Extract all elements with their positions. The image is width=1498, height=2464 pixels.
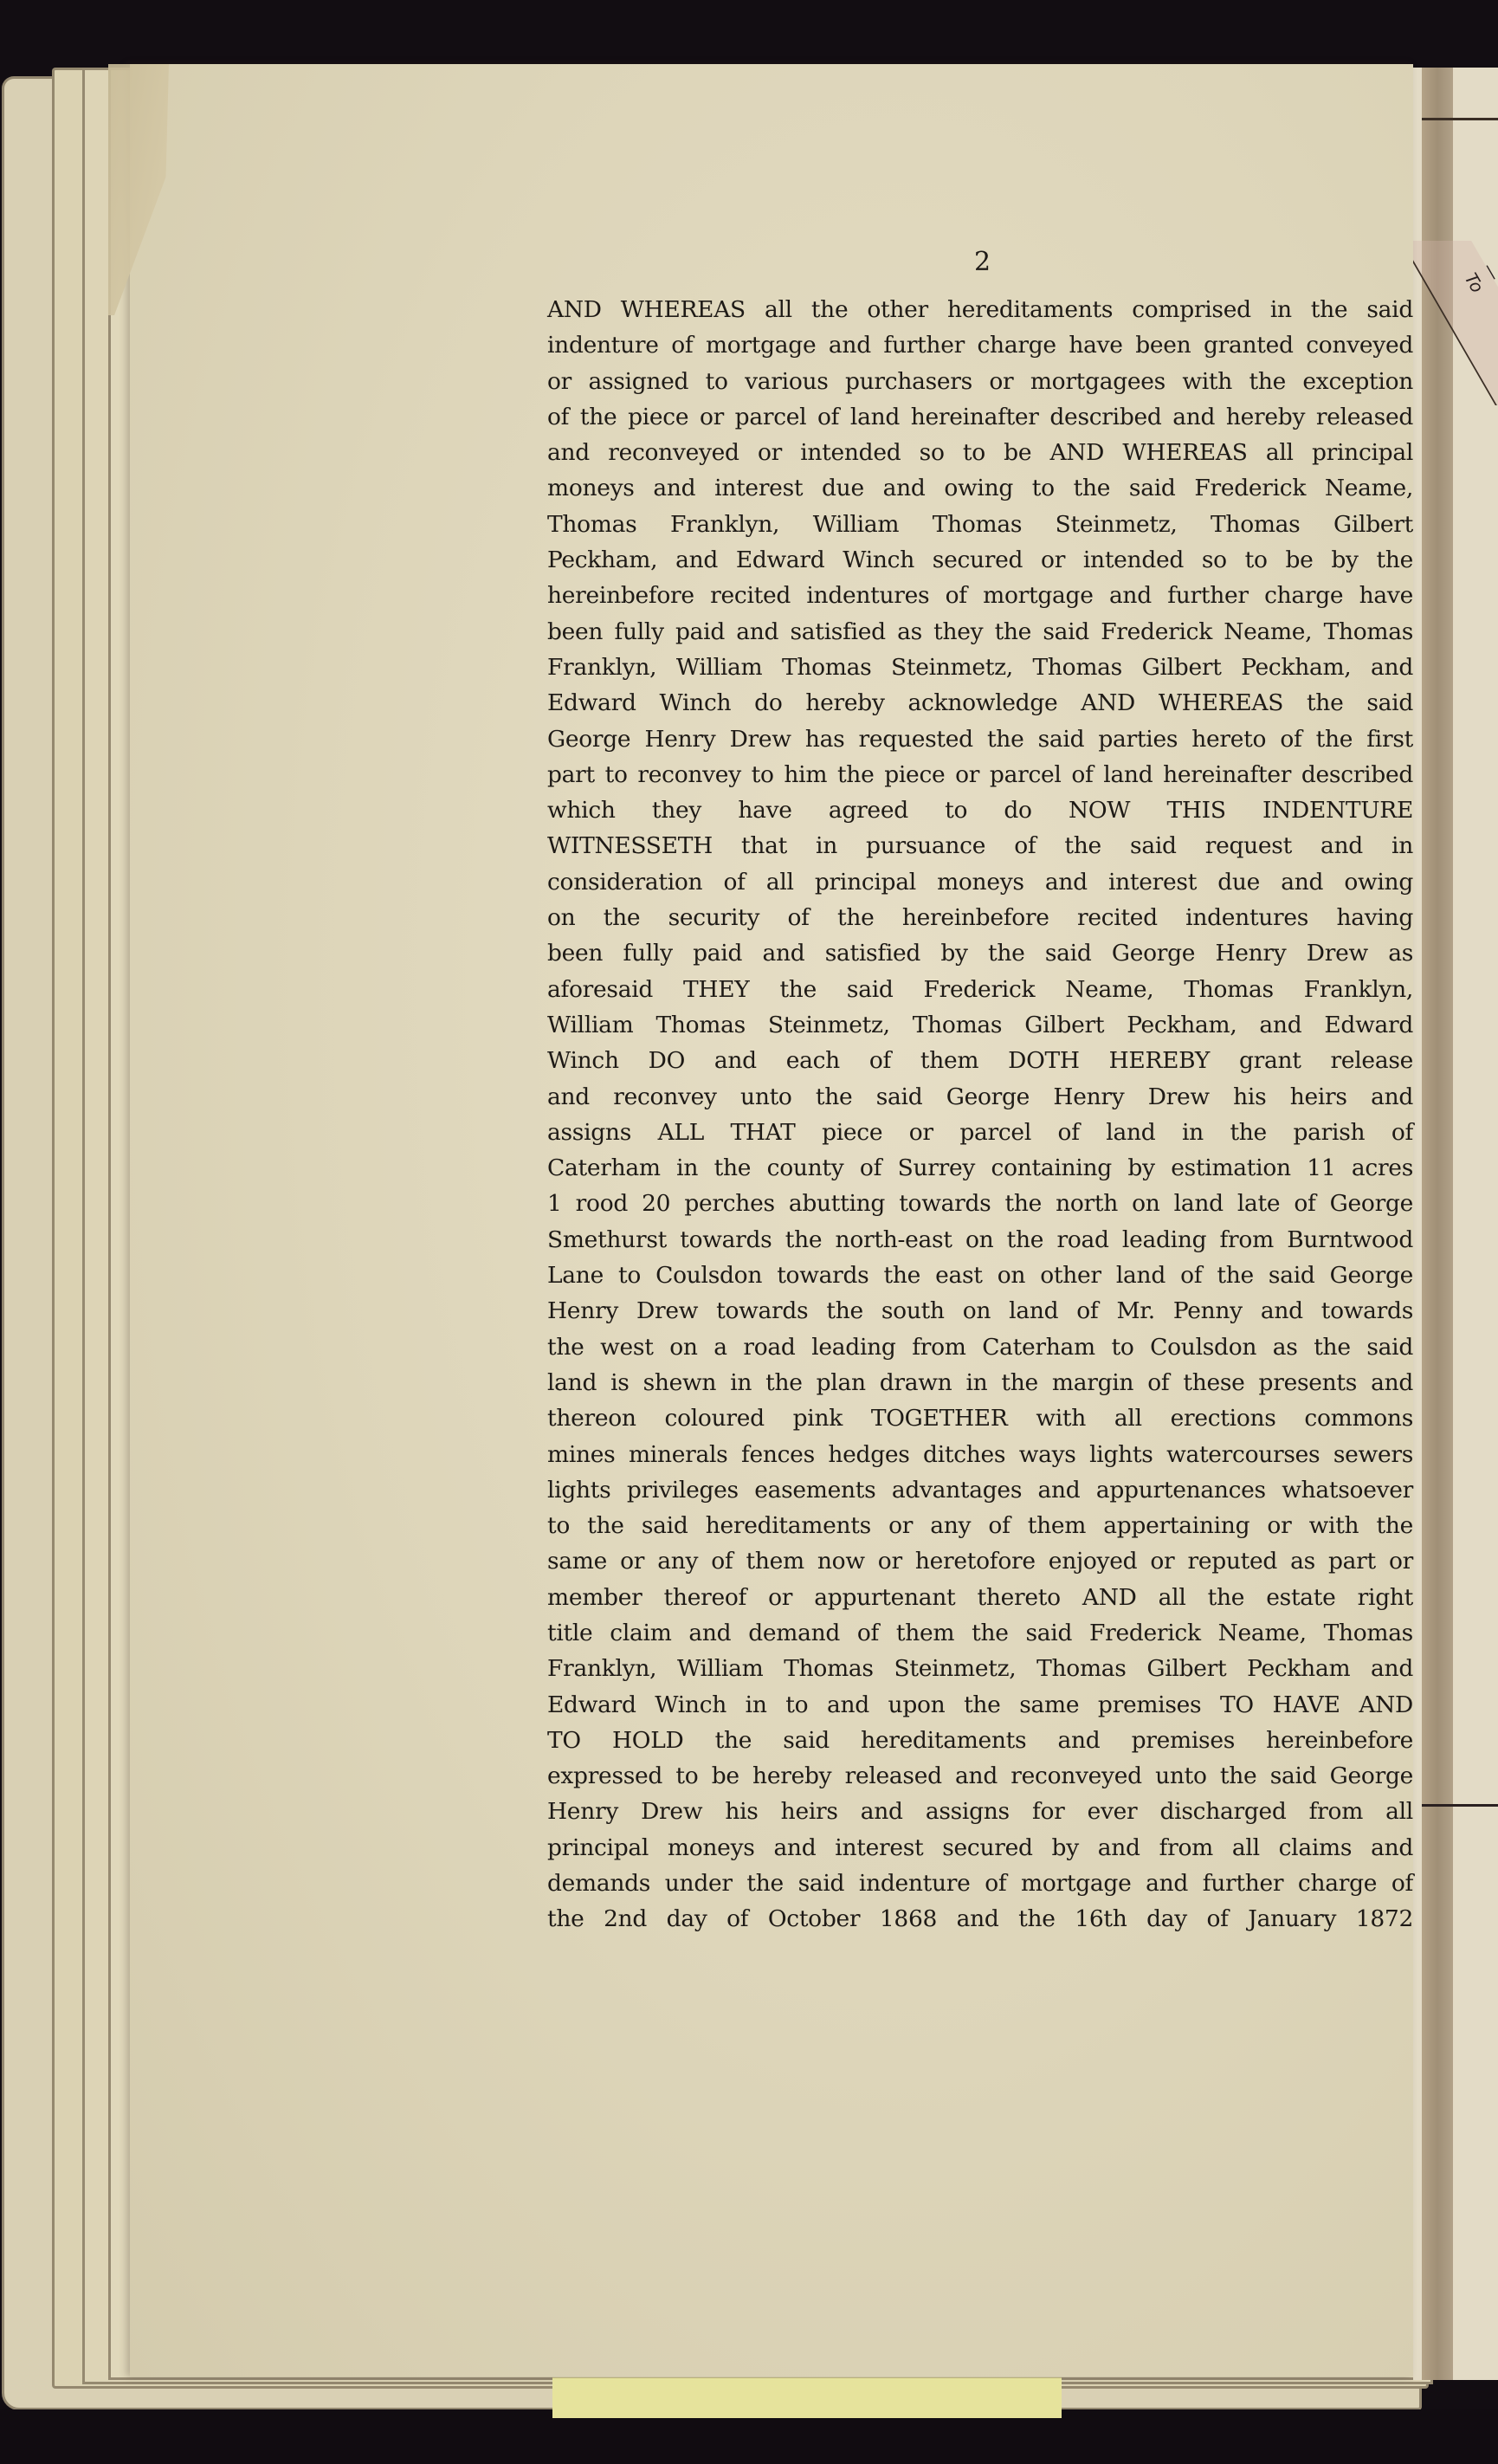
- text-line: moneys and interest due and owing to the…: [547, 470, 1413, 506]
- text-line: expressed to be hereby released and reco…: [547, 1758, 1413, 1794]
- text-line: WITNESSETH that in pursuance of the said…: [547, 828, 1413, 863]
- text-line: Franklyn, William Thomas Steinmetz, Thom…: [547, 1651, 1413, 1686]
- text-line: TO HOLD the said hereditaments and premi…: [547, 1723, 1413, 1758]
- text-line: Edward Winch do hereby acknowledge AND W…: [547, 685, 1413, 721]
- text-line: and reconvey unto the said George Henry …: [547, 1079, 1413, 1115]
- text-line: principal moneys and interest secured by…: [547, 1830, 1413, 1866]
- text-line: Franklyn, William Thomas Steinmetz, Thom…: [547, 650, 1413, 685]
- text-line: 1 rood 20 perches abutting towards the n…: [547, 1186, 1413, 1221]
- map-border-line: [1422, 1804, 1498, 1807]
- text-line: George Henry Drew has requested the said…: [547, 721, 1413, 757]
- text-line: thereon coloured pink TOGETHER with all …: [547, 1400, 1413, 1436]
- text-line: Peckham, and Edward Winch secured or int…: [547, 542, 1413, 578]
- text-line: aforesaid THEY the said Frederick Neame,…: [547, 972, 1413, 1007]
- text-line: Edward Winch in to and upon the same pre…: [547, 1687, 1413, 1723]
- text-line: been fully paid and satisfied by the sai…: [547, 935, 1413, 971]
- text-line: of the piece or parcel of land hereinaft…: [547, 399, 1413, 435]
- text-line: been fully paid and satisfied as they th…: [547, 614, 1413, 650]
- text-line: to the said hereditaments or any of them…: [547, 1508, 1413, 1543]
- text-line: Thomas Franklyn, William Thomas Steinmet…: [547, 507, 1413, 542]
- text-line: same or any of them now or heretofore en…: [547, 1543, 1413, 1579]
- document-scan: — To 2 AND WHEREAS all the other heredit…: [0, 0, 1498, 2464]
- map-fold-shadow: [1422, 68, 1453, 2380]
- text-line: the west on a road leading from Caterham…: [547, 1329, 1413, 1365]
- text-line: Henry Drew his heirs and assigns for eve…: [547, 1794, 1413, 1829]
- text-line: Winch DO and each of them DOTH HEREBY gr…: [547, 1043, 1413, 1078]
- text-line: assigns ALL THAT piece or parcel of land…: [547, 1115, 1413, 1150]
- deed-body-text: AND WHEREAS all the other hereditaments …: [547, 292, 1413, 1937]
- text-line: AND WHEREAS all the other hereditaments …: [547, 292, 1413, 327]
- text-line: indenture of mortgage and further charge…: [547, 327, 1413, 363]
- text-line: Smethurst towards the north-east on the …: [547, 1222, 1413, 1258]
- text-line: which they have agreed to do NOW THIS IN…: [547, 792, 1413, 828]
- margin-map-sheet: [1413, 68, 1498, 2380]
- text-line: member thereof or appurtenant thereto AN…: [547, 1580, 1413, 1615]
- text-line: lights privileges easements advantages a…: [547, 1472, 1413, 1508]
- text-line: demands under the said indenture of mort…: [547, 1866, 1413, 1901]
- text-line: Caterham in the county of Surrey contain…: [547, 1150, 1413, 1186]
- text-line: title claim and demand of them the said …: [547, 1615, 1413, 1651]
- map-border-line: [1422, 118, 1498, 120]
- text-line: consideration of all principal moneys an…: [547, 864, 1413, 900]
- text-line: Lane to Coulsdon towards the east on oth…: [547, 1258, 1413, 1293]
- text-line: mines minerals fences hedges ditches way…: [547, 1437, 1413, 1472]
- text-line: or assigned to various purchasers or mor…: [547, 364, 1413, 399]
- archive-label-strip: [552, 2377, 1062, 2418]
- text-line: the 2nd day of October 1868 and the 16th…: [547, 1901, 1413, 1937]
- text-line: and reconveyed or intended so to be AND …: [547, 435, 1413, 470]
- text-line: land is shewn in the plan drawn in the m…: [547, 1365, 1413, 1400]
- text-line: Henry Drew towards the south on land of …: [547, 1293, 1413, 1329]
- text-line: on the security of the hereinbefore reci…: [547, 900, 1413, 935]
- text-line: part to reconvey to him the piece or par…: [547, 757, 1413, 792]
- text-line: William Thomas Steinmetz, Thomas Gilbert…: [547, 1007, 1413, 1043]
- page-number: 2: [974, 247, 991, 277]
- text-line: hereinbefore recited indentures of mortg…: [547, 578, 1413, 613]
